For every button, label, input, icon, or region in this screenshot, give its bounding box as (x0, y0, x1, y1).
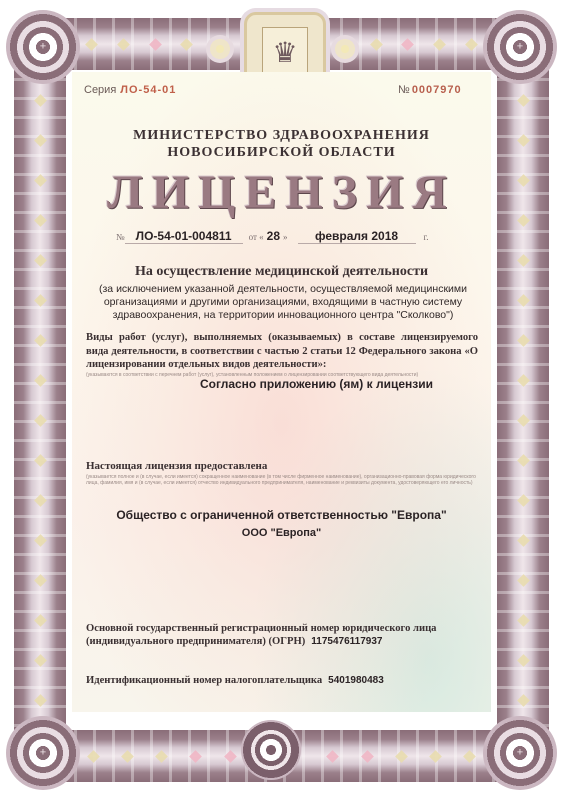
license-day-close: » (283, 232, 288, 242)
organization-short-name: ООО "Европа" (72, 527, 491, 539)
license-day: 28 (267, 229, 280, 243)
corner-rosette-icon: + (6, 716, 80, 790)
series-value: ЛО-54-01 (120, 84, 176, 96)
granted-fine-print: (указывается полное и (в случае, если им… (86, 474, 478, 486)
inn-block: Идентификационный номер налогоплательщик… (86, 675, 384, 686)
frame-diamonds-right (497, 80, 549, 720)
ogrn-block: Основной государственный регистрационный… (86, 622, 486, 648)
ministry-line-2: НОВОСИБИРСКОЙ ОБЛАСТИ (72, 144, 491, 161)
works-heading: Виды работ (услуг), выполняемых (оказыва… (86, 331, 478, 372)
license-year-suffix: г. (424, 232, 429, 242)
license-month-year: февраля 2018 (298, 229, 416, 244)
flower-ornament-icon (206, 35, 234, 63)
inn-label: Идентификационный номер налогоплательщик… (86, 675, 322, 686)
corner-rosette-icon: + (483, 10, 557, 84)
granted-heading: Настоящая лицензия предоставлена (86, 460, 267, 472)
series: СерияЛО-54-01 (84, 84, 176, 96)
organization-full-name: Общество с ограниченной ответственностью… (72, 508, 491, 522)
license-from-label: от « (249, 232, 264, 242)
bottom-rosette-icon (241, 720, 301, 780)
frame-diamonds-left (14, 80, 66, 720)
form-number: №0007970 (398, 84, 462, 96)
works-value: Согласно приложению (ям) к лицензии (200, 377, 433, 391)
issuing-authority: МИНИСТЕРСТВО ЗДРАВООХРАНЕНИЯ НОВОСИБИРСК… (72, 127, 491, 161)
series-label: Серия (84, 84, 116, 96)
document-title: ЛИЦЕНЗИЯ (72, 165, 491, 220)
license-number: ЛО-54-01-004811 (125, 229, 243, 244)
ministry-line-1: МИНИСТЕРСТВО ЗДРАВООХРАНЕНИЯ (72, 127, 491, 144)
license-no-label: № (116, 232, 125, 242)
form-number-label: № (398, 84, 410, 96)
inn-value: 5401980483 (328, 675, 384, 686)
activity-exclusion: (за исключением указанной деятельности, … (64, 283, 502, 322)
corner-rosette-icon: + (483, 716, 557, 790)
corner-rosette-icon: + (6, 10, 80, 84)
licensed-activity: На осуществление медицинской деятельност… (72, 264, 491, 280)
form-number-value: 0007970 (412, 84, 462, 96)
flower-ornament-icon (331, 35, 359, 63)
ogrn-value: 1175476117937 (311, 636, 382, 647)
license-number-line: № ЛО-54-01-004811 от « 28 » февраля 2018… (116, 229, 428, 244)
ogrn-label: Основной государственный регистрационный… (86, 623, 436, 647)
